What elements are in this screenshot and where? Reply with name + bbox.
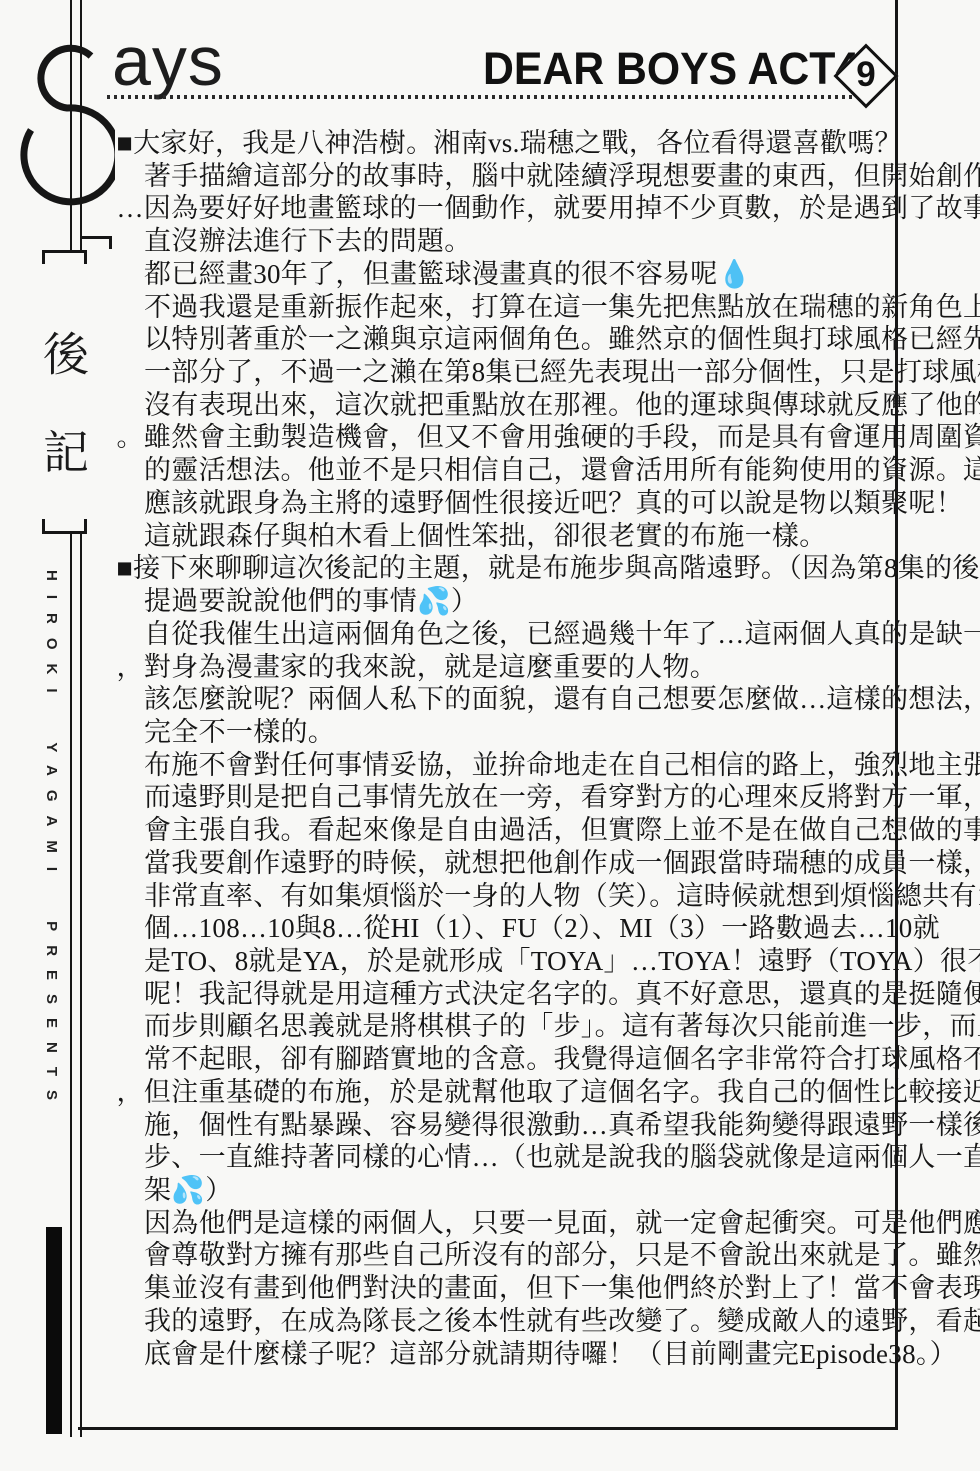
dotted-divider <box>107 95 853 99</box>
afterword-text-line: 著手描繪這部分的故事時，腦中就陸續浮現想要畫的東西，但開始創作之後 <box>144 160 896 193</box>
rule-start-cap-tick <box>84 519 87 531</box>
afterword-text-line: 常不起眼，卻有腳踏實地的含意。我覺得這個名字非常符合打球風格不起眼 <box>144 1043 896 1076</box>
volume-number: 9 <box>843 52 889 98</box>
afterword-page: 後記 HIROKI YAGAMI PRESENTS ays DEAR BOYS … <box>0 0 980 1471</box>
afterword-text-line: 底會是什麼樣子呢？這部分就請期待囉！（目前剛畫完Episode38。） <box>144 1338 896 1371</box>
rule-start-cap-tick <box>42 519 45 531</box>
says-logo-text: ays <box>112 26 224 96</box>
series-title: DEAR BOYS ACT4 <box>483 46 859 91</box>
afterword-text-line: 一部分了，不過一之瀨在第8集已經先表現出一部分個性，只是打球風格還 <box>144 356 896 389</box>
afterword-text-line: 。雖然會主動製造機會，但又不會用強硬的手段，而是具有會運用周圍資源 <box>117 421 897 454</box>
rule-end-cap <box>42 250 87 253</box>
rule-end-cap-tick <box>109 236 112 249</box>
afterword-text-line: 而步則顧名思義就是將棋棋子的「步」。這有著每次只能前進一步，而且非 <box>144 1010 896 1043</box>
afterword-text-line: 集並沒有畫到他們對決的畫面，但下一集他們終於對上了！當不會表現出自 <box>144 1272 896 1305</box>
afterword-text-line: 非常直率、有如集煩惱於一身的人物（笑）。這時候就想到煩惱總共有108 <box>144 880 896 913</box>
left-rule-bottom <box>70 533 82 1437</box>
afterword-text-line: 我的遠野，在成為隊長之後本性就有些改變了。變成敵人的遠野，看起來到 <box>144 1305 896 1338</box>
afterword-text-line: 個…108…10與8…從HI（1）、FU（2）、MI（3）一路數過去…10就 <box>144 912 896 945</box>
rule-end-cap-tick <box>84 250 87 264</box>
afterword-text-line: …因為要好好地畫籃球的一個動作，就要用掉不少頁數，於是遇到了故事一 <box>117 192 897 225</box>
afterword-text-line: ，對身為漫畫家的我來說，就是這麼重要的人物。 <box>117 651 897 684</box>
afterword-text-line: 會尊敬對方擁有那些自己所沒有的部分，只是不會說出來就是了。雖然第9 <box>144 1239 896 1272</box>
afterword-text-line: ■大家好，我是八神浩樹。湘南vs.瑞穗之戰，各位看得還喜歡嗎？ <box>117 127 897 160</box>
afterword-text-line: 直沒辦法進行下去的問題。 <box>144 225 896 258</box>
afterword-text-line: 沒有表現出來，這次就把重點放在那裡。他的運球與傳球就反應了他的個性 <box>144 389 896 422</box>
afterword-text-line: 當我要創作遠野的時候，就想把他創作成一個跟當時瑞穗的成員一樣，是個 <box>144 847 896 880</box>
says-logo-s-icon <box>15 40 115 225</box>
afterword-text-line: 呢！我記得就是用這種方式決定名字的。真不好意思，還真的是挺隨便…💦 <box>144 978 896 1011</box>
afterword-text-line: 提過要說說他們的事情💦） <box>144 585 896 618</box>
black-accent-bar <box>46 1227 62 1434</box>
afterword-body: ■大家好，我是八神浩樹。湘南vs.瑞穗之戰，各位看得還喜歡嗎？著手描繪這部分的故… <box>144 127 896 1370</box>
afterword-text-line: 步、一直維持著同樣的心情…（也就是說我的腦袋就像是這兩個人一直在打 <box>144 1141 896 1174</box>
afterword-vertical-title: 後記 <box>39 330 85 526</box>
afterword-text-line: 這就跟森仔與柏木看上個性笨拙，卻很老實的布施一樣。 <box>144 520 896 553</box>
afterword-text-line: 布施不會對任何事情妥協，並拚命地走在自己相信的路上，強烈地主張自我。 <box>144 749 896 782</box>
rule-end-cap-extension <box>80 236 112 239</box>
afterword-text-line: 的靈活想法。他並不是只相信自己，還會活用所有能夠使用的資源。這一點 <box>144 454 896 487</box>
afterword-text-line: 以特別著重於一之瀨與京這兩個角色。雖然京的個性與打球風格已經先想好 <box>144 323 896 356</box>
afterword-text-line: 因為他們是這樣的兩個人，只要一見面，就一定會起衝突。可是他們應該也 <box>144 1207 896 1240</box>
rule-end-cap-tick <box>42 250 45 264</box>
afterword-text-line: ，但注重基礎的布施，於是就幫他取了這個名字。我自己的個性比較接近布 <box>117 1076 897 1109</box>
author-credit-vertical: HIROKI YAGAMI PRESENTS <box>44 570 59 1114</box>
afterword-text-line: 是TO、8就是YA，於是就形成「TOYA」…TOYA！遠野（TOYA）很不錯 <box>144 945 896 978</box>
afterword-text-line: 會主張自我。看起來像是自由過活，但實際上並不是在做自己想做的事情… <box>144 814 896 847</box>
afterword-text-line: 而遠野則是把自己事情先放在一旁，看穿對方的心理來反將對方一軍，也不 <box>144 781 896 814</box>
afterword-text-line: 完全不一樣的。 <box>144 716 896 749</box>
afterword-text-line: 都已經畫30年了，但畫籃球漫畫真的很不容易呢💧 <box>144 258 896 291</box>
afterword-text-line: 該怎麼說呢？兩個人私下的面貌，還有自己想要怎麼做…這樣的想法，都是 <box>144 683 896 716</box>
afterword-text-line: 施，個性有點暴躁、容易變得很激動…真希望我能夠變得跟遠野一樣後退一 <box>144 1109 896 1142</box>
content-frame-bottom <box>78 1427 898 1430</box>
afterword-text-line: 不過我還是重新振作起來，打算在這一集先把焦點放在瑞穗的新角色上，所 <box>144 291 896 324</box>
afterword-text-line: 自從我催生出這兩個角色之後，已經過幾十年了…這兩個人真的是缺一不可 <box>144 618 896 651</box>
afterword-text-line: 架💦） <box>144 1174 896 1207</box>
afterword-text-line: ■接下來聊聊這次後記的主題，就是布施步與高階遠野。（因為第8集的後記 <box>117 552 897 585</box>
afterword-text-line: 應該就跟身為主將的遠野個性很接近吧？真的可以說是物以類聚呢！ <box>144 487 896 520</box>
